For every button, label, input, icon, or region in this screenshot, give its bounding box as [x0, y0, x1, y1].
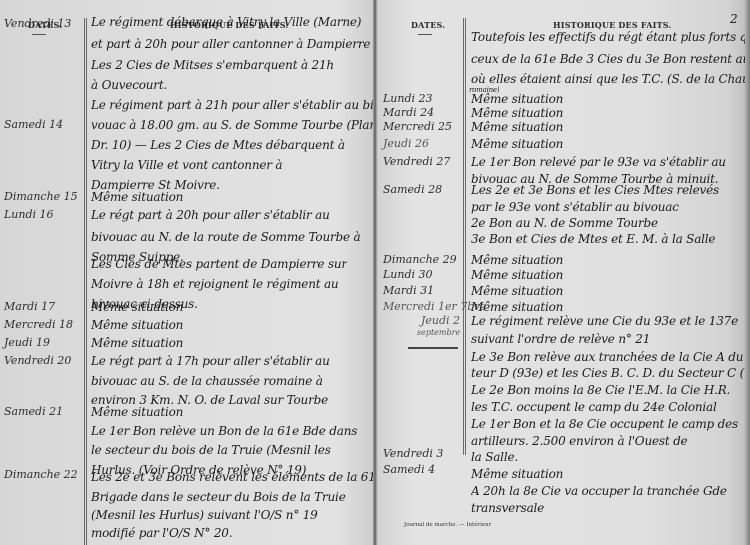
date-entry: Lundi 16 — [4, 208, 54, 221]
diary-line: Même situation — [91, 318, 183, 332]
left-page: DATES. HISTORIQUE DES FAITS. Vendredi 13… — [0, 0, 375, 545]
date-entry: Dimanche 22 — [4, 468, 78, 481]
diary-line: ceux de la 61e Bde 3 Cies du 3e Bon rest… — [471, 52, 745, 66]
diary-line: Même situation — [91, 300, 183, 314]
diary-line: Même situation — [471, 92, 563, 106]
page-footer: Journal de marche. — Intérieur — [404, 522, 491, 528]
diary-line: modifié par l'O/S N° 20. — [91, 526, 232, 540]
date-entry: septembre — [417, 328, 460, 337]
diary-line: Le régt part à 20h pour aller s'établir … — [91, 208, 330, 222]
diary-line: Toutefois les effectifs du régt étant pl… — [471, 30, 745, 44]
diary-line: Le 1er Bon et la 8e Cie occupent le camp… — [471, 417, 738, 431]
diary-line: Les 2 Cies de Mitses s'embarquent à 21h — [91, 58, 334, 72]
header-dash — [418, 34, 432, 35]
date-entry: Dimanche 29 — [383, 253, 457, 266]
diary-line: Même situation — [91, 405, 183, 419]
date-entry: Mardi 17 — [4, 300, 55, 313]
column-rule — [84, 18, 87, 545]
date-entry: Vendredi 20 — [4, 354, 71, 367]
date-separator — [408, 347, 458, 349]
column-rule — [463, 18, 466, 455]
diary-line: bivouac au S. de la chaussée romaine à — [91, 374, 323, 388]
page-number: 2 — [730, 12, 738, 26]
date-entry: Mardi 31 — [383, 284, 434, 297]
header-dash — [32, 34, 46, 35]
diary-line: Les 2e et 3e Bons et les Cies Mtes relev… — [471, 183, 719, 197]
date-entry: Samedi 21 — [4, 405, 63, 418]
diary-line: Dr. 10) — Les 2 Cies de Mtes débarquent … — [91, 138, 345, 152]
date-entry: Jeudi 19 — [4, 336, 50, 349]
diary-line: Brigade dans le secteur du Bois de la Tr… — [91, 490, 346, 504]
diary-line: Le régiment part à 21h pour aller s'étab… — [91, 98, 373, 112]
diary-line: Même situation — [471, 120, 563, 134]
diary-line: Le régiment débarque à Vitry la Ville (M… — [91, 15, 361, 29]
diary-line: Le 1er Bon relève un Bon de la 61e Bde d… — [91, 424, 357, 438]
date-entry: Lundi 30 — [383, 268, 433, 281]
diary-line: les T.C. occupent le camp du 24e Colonia… — [471, 400, 717, 414]
right-page: DATES. HISTORIQUE DES FAITS. Lundi 23Mar… — [375, 0, 750, 545]
dates-column-header: DATES. — [411, 20, 445, 30]
diary-line: artilleurs. 2.500 environ à l'Ouest de — [471, 434, 687, 448]
diary-line: la Salle. — [471, 450, 518, 464]
diary-line: Moivre à 18h et rejoignent le régiment a… — [91, 277, 338, 291]
diary-line: 3e Bon et Cies de Mtes et E. M. à la Sal… — [471, 232, 715, 246]
diary-line: le secteur du bois de la Truie (Mesnil l… — [91, 443, 331, 457]
diary-line: où elles étaient ainsi que les T.C. (S. … — [471, 72, 745, 86]
diary-line: transversale — [471, 501, 544, 515]
diary-line: Le régiment relève une Cie du 93e et le … — [471, 314, 738, 328]
diary-line: A 20h la 8e Cie va occuper la tranchée G… — [471, 484, 727, 498]
diary-line: 2e Bon au N. de Somme Tourbe — [471, 216, 658, 230]
document-spread: DATES. HISTORIQUE DES FAITS. Vendredi 13… — [0, 0, 750, 545]
date-entry: Jeudi 26 — [383, 137, 429, 150]
diary-line: Les Cies de Mtes partent de Dampierre su… — [91, 257, 347, 271]
date-entry: Vendredi 13 — [4, 17, 71, 30]
date-entry: Samedi 4 — [383, 463, 435, 476]
book-spine — [373, 0, 377, 545]
diary-line: Le 3e Bon relève aux tranchées de la Cie… — [471, 350, 745, 364]
date-entry: Mercredi 18 — [4, 318, 73, 331]
diary-line: Le 1er Bon relevé par le 93e va s'établi… — [471, 155, 726, 169]
diary-line: Vitry la Ville et vont cantonner à — [91, 158, 282, 172]
date-entry: Dimanche 15 — [4, 190, 78, 203]
date-entry: Samedi 14 — [4, 118, 63, 131]
date-entry: Mardi 24 — [383, 106, 434, 119]
diary-line: Même situation — [471, 300, 563, 314]
date-entry: Vendredi 27 — [383, 155, 450, 168]
date-entry: Mercredi 25 — [383, 120, 452, 133]
diary-line: (Mesnil les Hurlus) suivant l'O/S n° 19 — [91, 508, 318, 522]
diary-line: à Ouvecourt. — [91, 78, 167, 92]
date-entry: Lundi 23 — [383, 92, 433, 105]
diary-line: Même situation — [471, 253, 563, 267]
diary-line: suivant l'ordre de relève n° 21 — [471, 332, 650, 346]
diary-line: Même situation — [471, 284, 563, 298]
page-edge-shadow — [744, 0, 750, 545]
diary-line: vouac à 18.00 gm. au S. de Somme Tourbe … — [91, 118, 373, 132]
diary-line: Même situation — [91, 336, 183, 350]
diary-line: et part à 20h pour aller cantonner à Dam… — [91, 37, 370, 51]
diary-line: Le 2e Bon moins la 8e Cie l'E.M. la Cie … — [471, 383, 730, 397]
diary-line: Les 2e et 3e Bons relèvent les éléments … — [91, 470, 373, 484]
diary-line: Même situation — [471, 137, 563, 151]
diary-line: Le régt part à 17h pour aller s'établir … — [91, 354, 330, 368]
diary-line: bivouac au N. de la route de Somme Tourb… — [91, 230, 360, 244]
diary-line: Même situation — [91, 190, 183, 204]
date-entry: Samedi 28 — [383, 183, 442, 196]
diary-line: Même situation — [471, 106, 563, 120]
date-entry: Jeudi 2 — [421, 314, 460, 327]
facts-column-header: HISTORIQUE DES FAITS. — [553, 20, 671, 30]
diary-line: Même situation — [471, 268, 563, 282]
diary-line: par le 93e vont s'établir au bivouac — [471, 200, 679, 214]
diary-line: teur D (93e) et les Cies B. C. D. du Sec… — [471, 366, 745, 380]
date-entry: Vendredi 3 — [383, 447, 443, 460]
diary-line: Même situation — [471, 467, 563, 481]
